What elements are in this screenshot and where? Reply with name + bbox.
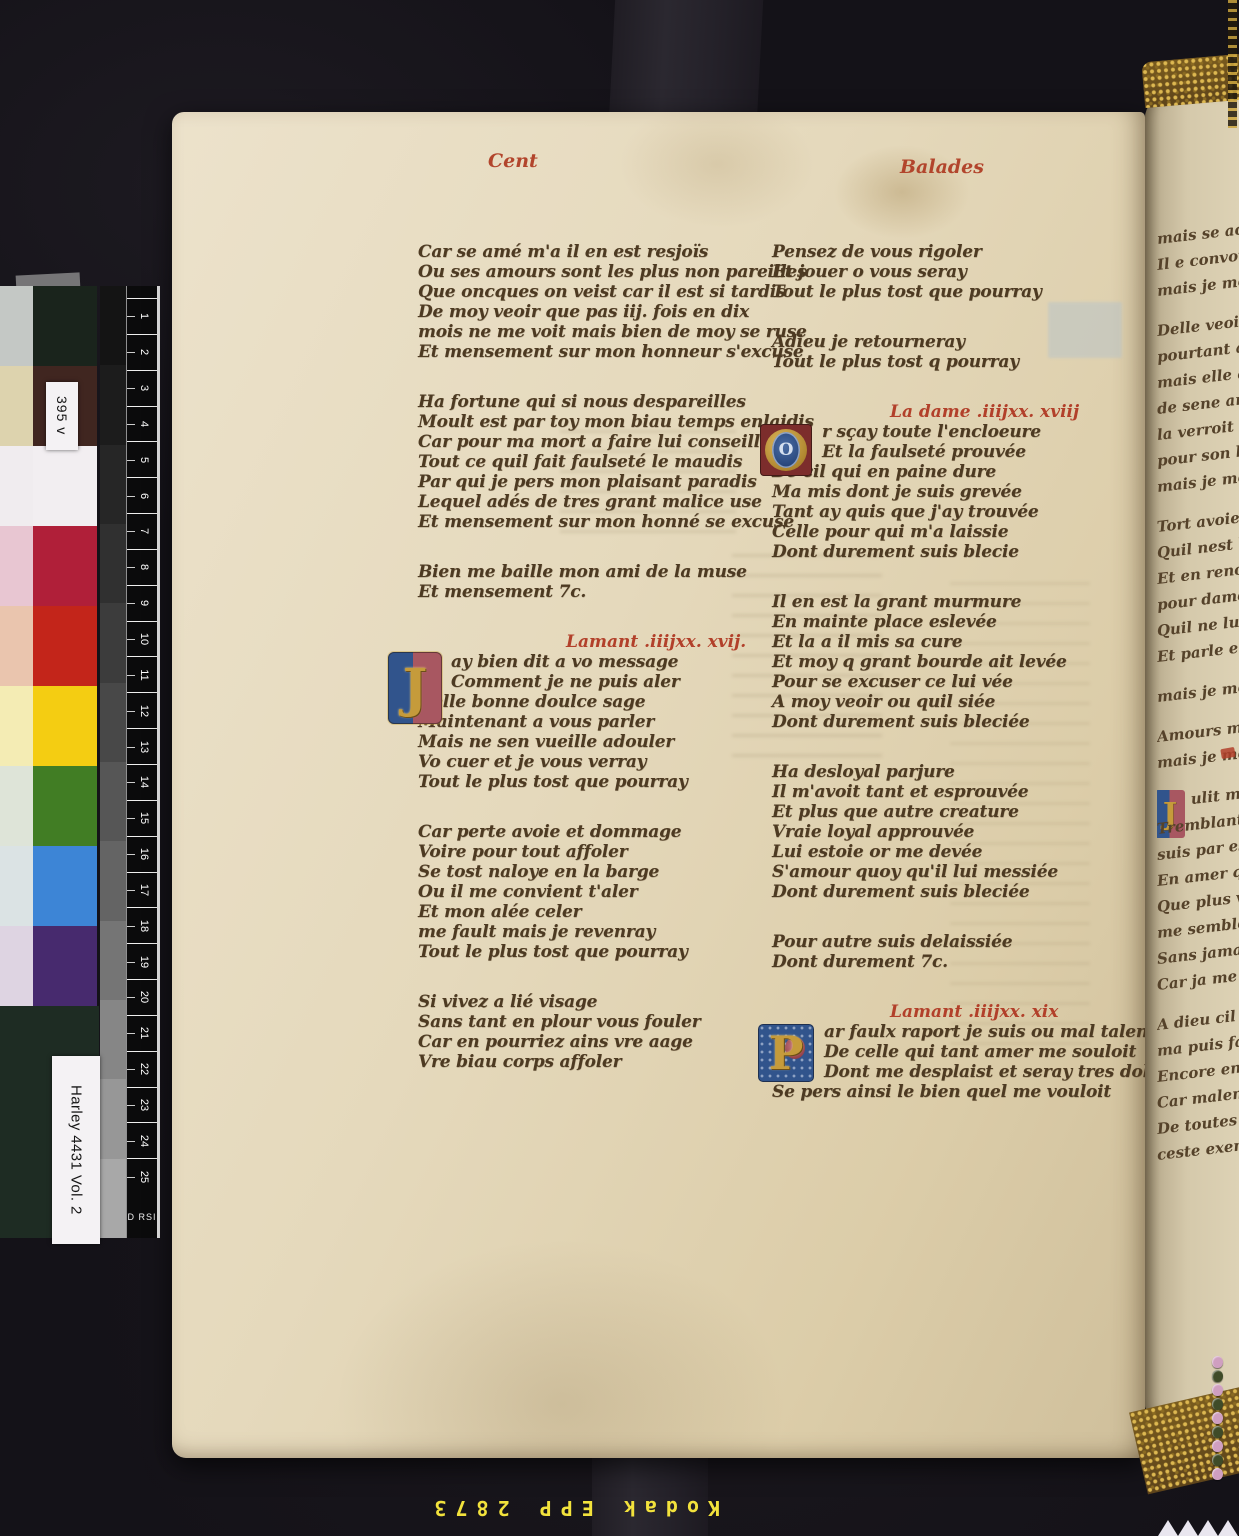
verse-line: Car en pourriez ains vre aage [418,1032,740,1052]
ruler-number: 18 [138,920,150,932]
ruler-scale: 1234567891011121314151617181920212223242… [127,298,157,1194]
ruler-unit: 4 [127,406,157,442]
folio-number-label: 395 v [46,382,78,450]
color-patch [33,526,97,606]
ruler: 1234567891011121314151617181920212223242… [126,286,160,1238]
stanza: Car perte avoie et dommageVoire pour tou… [418,822,740,962]
stanza: Lamant .iiijxx. xvij.Jay bien dit a vo m… [418,632,740,792]
verse-line: Ha fortune qui si nous despareilles [418,392,740,412]
edge-bead [1212,1468,1223,1480]
verse-line: Ma mis dont je suis grevée [772,482,1117,502]
verse-line: De cil qui en paine dure [772,462,1117,482]
recto-text-column: mais se accIl e convoit pmais je me dDel… [1157,226,1239,1182]
ruler-unit: 6 [127,477,157,513]
edge-bead [1212,1370,1223,1382]
text-column-left: Car se amé m'a il en est resjoïsOu ses a… [418,242,740,1102]
cradle-strap-top [609,0,763,122]
verse-line: Vo cuer et je vous verray [418,752,740,772]
rubric-label: Lamant .iiijxx. xvij. [566,632,740,652]
ruler-number: 14 [138,776,150,788]
stanza: Il en est la grant murmureEn mainte plac… [772,592,1117,732]
ruler-unit: 23 [127,1087,157,1123]
verse-line: Ha desloyal parjure [772,762,1117,782]
gray-step [100,1000,126,1079]
ruler-unit: 5 [127,441,157,477]
sawtooth-shape [1158,1520,1239,1536]
recto-stanza: mais se accIl e convoit pmais je me d [1157,226,1239,304]
color-patch [0,526,33,606]
verse-line: Pour se excuser ce lui vée [772,672,1117,692]
recto-stanza: Tort avoie carQuil nest hoEt en renompou… [1157,514,1239,670]
edge-bead [1212,1454,1223,1466]
gray-step [100,603,126,682]
verse-line: Voire pour tout affoler [418,842,740,862]
verse-line: Tout le plus tost que pourray [418,772,740,792]
gray-step [100,365,126,444]
edge-bead [1212,1440,1223,1452]
ruler-number: 21 [138,1027,150,1039]
verse-line: Celle pour qui m'a laissie [772,522,1117,542]
color-patch [0,606,33,686]
verse-line: Maintenant a vous parler [418,712,740,732]
ruler-unit: 15 [127,800,157,836]
ruler-number: 4 [138,421,150,427]
verse-line: Adieu je retourneray [772,332,1117,352]
ruler-number: 24 [138,1135,150,1147]
verse-line: Et mensement sur mon honneur s'excuse [418,342,740,362]
gray-step [100,286,126,365]
verse-line: Pour autre suis delaissiée [772,932,1117,952]
verse-line: Car perte avoie et dommage [418,822,740,842]
initial-letter: P [769,1026,804,1080]
recto-stanza: Delle veoir cepourtant ammais elle atode… [1157,318,1239,500]
verse-line: Ou ses amours sont les plus non pareille… [418,262,740,282]
shelfmark-label: Harley 4431 Vol. 2 [52,1056,100,1244]
photo-stage: 1234567891011121314151617181920212223242… [0,0,1239,1536]
stanza: Adieu je retournerayTout le plus tost q … [772,332,1117,372]
recto-stanza: A dieu cil qui alma puis faulseEncore en… [1157,1012,1239,1168]
manuscript-page-recto-edge: mais se accIl e convoit pmais je me dDel… [1145,0,1239,1536]
stanza: La dame .iiijxx. xviijOr sçay toute l'en… [772,402,1117,562]
stanza: Pensez de vous rigolerEt jouer o vous se… [772,242,1117,302]
color-patch [33,686,97,766]
edge-bead [1212,1384,1223,1396]
verse-line: Lequel adés de tres grant malice use [418,492,740,512]
verse-line: ay bien dit a vo message [418,652,740,672]
ruler-number: 3 [138,385,150,391]
verse-line: Tout le plus tost que pourray [418,942,740,962]
ruler-unit: 24 [127,1122,157,1158]
ruler-number: 9 [138,600,150,606]
verse-line: Il m'avoit tant et esprouvée [772,782,1117,802]
verse-line: Vraie loyal approuvée [772,822,1117,842]
verse-line: Belle bonne doulce sage [418,692,740,712]
running-title-left: Cent [488,150,538,172]
color-patch [0,926,33,1006]
stanza: Si vivez a lié visageSans tant en plour … [418,992,740,1072]
color-patch [33,606,97,686]
gray-step [100,1159,126,1238]
ruler-unit: 9 [127,585,157,621]
illuminated-initial-P: P [758,1024,814,1082]
recto-verse-line: mais je me dou [1157,675,1239,710]
running-title-right: Balades [900,156,984,178]
ruler-number: 6 [138,493,150,499]
ruler-unit: 8 [127,549,157,585]
verse-line: Et la faulseté prouvée [772,442,1117,462]
verse-line: Se tost naloye en la barge [418,862,740,882]
verse-line: Tout ce quil fait faulseté le maudis [418,452,740,472]
text-column-right: Pensez de vous rigolerEt jouer o vous se… [772,242,1117,1132]
verse-line: Et mon alée celer [418,902,740,922]
verse-line: Tout le plus tost q pourray [772,352,1117,372]
verse-line: Dont durement suis blecie [772,542,1117,562]
ruler-unit: 16 [127,836,157,872]
verse-line: me fault mais je revenray [418,922,740,942]
illuminated-initial-O: O [760,424,812,476]
initial-letter: J [403,658,428,719]
verse-line: mois ne me voit mais bien de moy se ruse [418,322,740,342]
ruler-unit: 13 [127,728,157,764]
folio-number-text: 395 v [54,396,70,435]
ruler-number: 8 [138,564,150,570]
rubric-label: La dame .iiijxx. xviij [890,402,1117,422]
color-patch [33,846,97,926]
stanza: Pour autre suis delaissiéeDont durement … [772,932,1117,972]
verse-line: Bien me baille mon ami de la muse [418,562,740,582]
color-patch [0,686,33,766]
stanza: Car se amé m'a il en est resjoïsOu ses a… [418,242,740,362]
verse-line: Il en est la grant murmure [772,592,1117,612]
verse-line: Moult est par toy mon biau temps enlaidi… [418,412,740,432]
ruler-number: 19 [138,955,150,967]
ruler-unit: 2 [127,334,157,370]
verse-line: Pensez de vous rigoler [772,242,1117,262]
verse-line: Sans tant en plour vous fouler [418,1012,740,1032]
grayscale-wedge [100,286,126,1238]
edge-bead [1212,1356,1223,1368]
ruler-unit: 20 [127,979,157,1015]
edge-bead [1212,1398,1223,1410]
ruler-unit: 22 [127,1051,157,1087]
gilded-edge-top [1141,54,1239,108]
verse-line: Vre biau corps affoler [418,1052,740,1072]
verse-line: Et mensement sur mon honné se excuse [418,512,740,532]
verse-line: r sçay toute l'encloeure [772,422,1117,442]
edge-bead [1212,1412,1223,1424]
ruler-number: 11 [138,669,150,680]
verse-line: A moy veoir ou quil siée [772,692,1117,712]
ruler-unit: 21 [127,1015,157,1051]
color-patch [0,286,33,366]
verse-line: Par qui je pers mon plaisant paradis [418,472,740,492]
gray-step [100,841,126,920]
ruler-number: 13 [138,740,150,752]
ruler-unit: 7 [127,513,157,549]
verse-line: Et plus que autre creature [772,802,1117,822]
verse-line: De celle qui tant amer me souloit [772,1042,1117,1062]
ruler-number: 22 [138,1063,150,1075]
decorative-bead-chain [1212,1356,1223,1480]
gray-step [100,524,126,603]
verse-line: Si vivez a lié visage [418,992,740,1012]
ruler-number: 16 [138,848,150,860]
ruler-unit: 18 [127,907,157,943]
ruler-unit: 3 [127,370,157,406]
color-patch [0,366,33,446]
verse-line: Comment je ne puis aler [418,672,740,692]
light-patch-column [0,286,33,1006]
rubric-label: Lamant .iiijxx. xix [890,1002,1117,1022]
recto-stanza: Julit malaTremblantsuis par estre trEn a… [1157,790,1239,998]
color-patch [33,766,97,846]
verse-line: Mais ne sen vueille adouler [418,732,740,752]
manuscript-page-verso: Cent Balades Car se amé m'a il en est re… [172,112,1145,1458]
verse-line: En mainte place eslevée [772,612,1117,632]
stanza: Bien me baille mon ami de la museEt mens… [418,562,740,602]
shelfmark-text: Harley 4431 Vol. 2 [68,1085,85,1215]
initial-letter: O [772,432,800,468]
ruler-number: 25 [138,1171,150,1183]
ruler-unit: 17 [127,872,157,908]
stanza: Lamant .iiijxx. xixPar faulx raport je s… [772,1002,1117,1102]
verse-line: Et moy q grant bourde ait levée [772,652,1117,672]
verse-line: Et mensement 7c. [418,582,740,602]
gray-step [100,1079,126,1158]
ruler-number: 12 [138,705,150,717]
stanza: Ha desloyal parjureIl m'avoit tant et es… [772,762,1117,902]
sawtooth-edge [1158,1520,1239,1536]
ruler-unit: 25 [127,1158,157,1194]
gray-step [100,762,126,841]
verse-line: Et jouer o vous seray [772,262,1117,282]
verse-line: Que oncques on veist car il est si tardi… [418,282,740,302]
color-patch [33,926,97,1006]
ruler-footer-label: D RSI [127,1212,157,1222]
ruler-number: 5 [138,457,150,463]
ruler-number: 2 [138,349,150,355]
ruler-number: 23 [138,1099,150,1111]
verse-line: Dont durement suis bleciée [772,712,1117,732]
recto-stanza: mais je me dou [1157,684,1239,710]
verse-line: Se pers ainsi le bien quel me vouloit [772,1082,1117,1102]
color-patch [0,846,33,926]
verse-line: Ou il me convient t'aler [418,882,740,902]
ruler-unit: 12 [127,692,157,728]
color-patch [33,446,97,526]
color-patch [0,446,33,526]
ruler-number: 17 [138,884,150,896]
verse-line: Tout le plus tost que pourray [772,282,1117,302]
ruler-number: 1 [138,313,150,319]
gray-step [100,921,126,1000]
ruler-number: 10 [138,633,150,645]
verse-line: De moy veoir que pas iij. fois en dix [418,302,740,322]
stanza: Ha fortune qui si nous despareillesMoult… [418,392,740,532]
ruler-number: 15 [138,812,150,824]
gilt-edge-sparkle [1228,0,1237,128]
ruler-unit: 1 [127,298,157,334]
color-patch [33,286,97,366]
verse-line: Et la a il mis sa cure [772,632,1117,652]
verse-line: Car se amé m'a il en est resjoïs [418,242,740,262]
ruler-number: 7 [138,528,150,534]
verse-line: Car pour ma mort a faire lui conseilles [418,432,740,452]
verse-line: Dont durement 7c. [772,952,1117,972]
color-patch [0,766,33,846]
gray-step [100,683,126,762]
verse-line: Dont me desplaist et seray tres dolent [772,1062,1117,1082]
ruler-number: 20 [138,991,150,1003]
verse-line: Lui estoie or me devée [772,842,1117,862]
ruler-unit: 19 [127,943,157,979]
ruler-unit: 10 [127,621,157,657]
film-edge-label: Kodak EPP 2873 [300,1496,720,1520]
ruler-unit: 11 [127,656,157,692]
gray-step [100,445,126,524]
verse-line: Tant ay quis que j'ay trouvée [772,502,1117,522]
verse-line: S'amour quoy qu'il lui messiée [772,862,1117,882]
edge-bead [1212,1426,1223,1438]
ruler-unit: 14 [127,764,157,800]
verse-line: ar faulx raport je suis ou mal talent [772,1022,1117,1042]
verse-line: Dont durement suis bleciée [772,882,1117,902]
illuminated-initial-J: J [388,652,442,724]
